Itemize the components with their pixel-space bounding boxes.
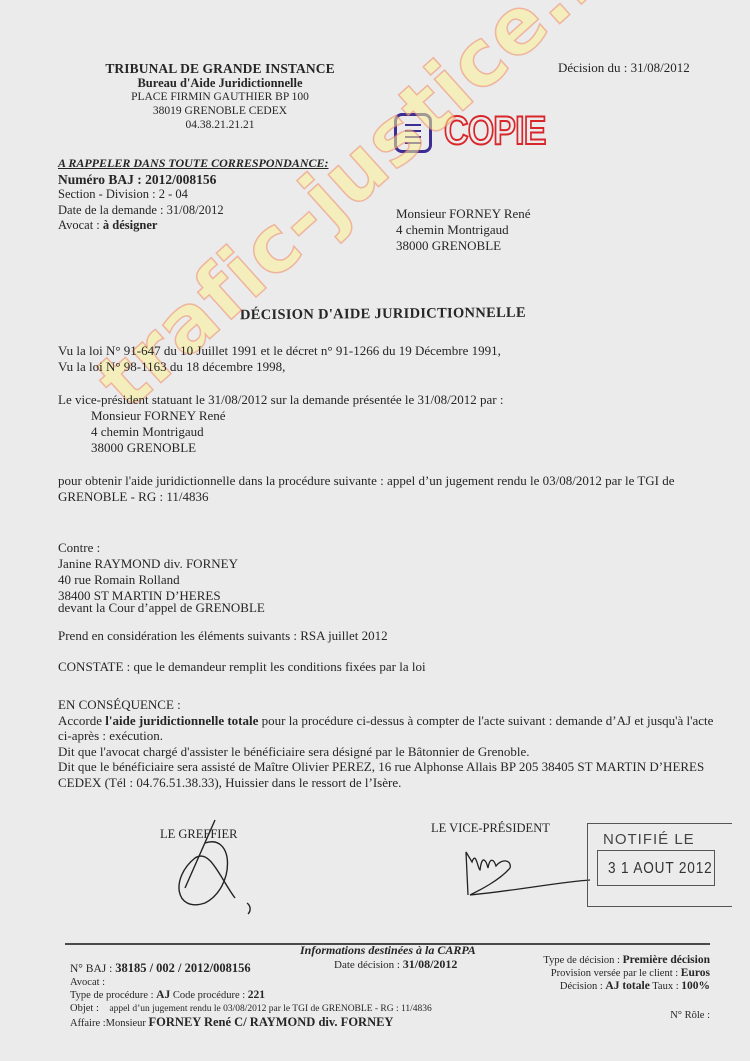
carpa-provision: Provision versée par le client : Euros [520,967,710,980]
contre-label: Contre : [58,540,238,556]
considerations: Prend en considération les éléments suiv… [58,628,388,644]
recipient-name: Monsieur FORNEY René [396,206,531,222]
court-name: TRIBUNAL DE GRANDE INSTANCE [70,62,370,76]
applicant-street: 4 chemin Montrigaud [58,424,503,440]
copie-label: COPIE [444,109,546,154]
accorde-line: Accorde l'aide juridictionnelle totale p… [58,713,723,744]
recipient-city: 38000 GRENOBLE [396,238,531,254]
numero-baj: Numéro BAJ : 2012/008156 [58,172,329,188]
vice-president-label: LE VICE-PRÉSIDENT [431,821,550,836]
applicant-city: 38000 GRENOBLE [58,440,503,456]
section-division: Section - Division : 2 - 04 [58,187,329,203]
vice-president-signature [460,840,595,900]
notification-stamp: NOTIFIÉ LE 3 1 AOUT 2012 [587,823,732,907]
court-of-appeal: devant la Cour d’appel de GRENOBLE [58,600,265,616]
bureau-name: Bureau d'Aide Juridictionnelle [70,76,370,90]
court-phone: 04.38.21.21.21 [70,118,370,132]
carpa-title: Informations destinées à la CARPA [300,943,476,958]
carpa-details: N° BAJ : 38185 / 002 / 2012/008156 Avoca… [70,962,432,1030]
consequence-block: EN CONSÉQUENCE : Accorde l'aide juridict… [58,697,723,790]
avocat-line: Avocat : à désigner [58,218,329,234]
notification-date: 3 1 AOUT 2012 [608,860,713,878]
document-stamp-icon [394,113,432,153]
opponent-block: Contre : Janine RAYMOND div. FORNEY 40 r… [58,540,238,604]
court-header: TRIBUNAL DE GRANDE INSTANCE Bureau d'Aid… [70,62,370,132]
court-address-line1: PLACE FIRMIN GAUTHIER BP 100 [70,90,370,104]
applicant-block: Le vice-président statuant le 31/08/2012… [58,392,503,456]
document-title: DÉCISION D'AIDE JURIDICTIONNELLE [0,306,750,323]
consequence-label: EN CONSÉQUENCE : [58,697,723,713]
carpa-decision-info: Type de décision : Première décision Pro… [520,954,710,993]
opponent-name: Janine RAYMOND div. FORNEY [58,556,238,572]
constate: CONSTATE : que le demandeur remplit les … [58,659,426,675]
avocat-value: à désigner [103,218,158,232]
legal-basis-1: Vu la loi N° 91-647 du 10 Juillet 1991 e… [58,343,501,359]
court-address-line2: 38019 GRENOBLE CEDEX [70,104,370,118]
carpa-decision: Décision : AJ totale Taux : 100% [520,980,710,993]
carpa-affaire: Affaire :Monsieur FORNEY René C/ RAYMOND… [70,1016,432,1030]
date-demande: Date de la demande : 31/08/2012 [58,203,329,219]
applicant-name: Monsieur FORNEY René [58,408,503,424]
greffier-signature [165,818,275,918]
recipient-street: 4 chemin Montrigaud [396,222,531,238]
statuant-line: Le vice-président statuant le 31/08/2012… [58,392,503,408]
carpa-type-decision: Type de décision : Première décision [520,954,710,967]
carpa-avocat: Avocat : [70,976,432,989]
aid-type: l'aide juridictionnelle totale [105,713,258,728]
decision-date: Décision du : 31/08/2012 [558,60,690,76]
carpa-baj: N° BAJ : 38185 / 002 / 2012/008156 [70,962,432,976]
numero-baj-value: 2012/008156 [145,172,216,187]
reference-block: A RAPPELER DANS TOUTE CORRESPONDANCE: Nu… [58,156,329,234]
legal-basis-2: Vu la loi N° 98-1163 du 18 décembre 1998… [58,359,501,375]
copie-stamp: COPIE [394,113,554,157]
legal-basis: Vu la loi N° 91-647 du 10 Juillet 1991 e… [58,343,501,375]
procedure-description: pour obtenir l'aide juridictionnelle dan… [58,473,718,505]
carpa-procedure: Type de procédure : AJ Code procédure : … [70,989,432,1002]
recipient-address: Monsieur FORNEY René 4 chemin Montrigaud… [396,206,531,254]
dit-avocat: Dit que l'avocat chargé d'assister le bé… [58,744,723,760]
dit-huissier: Dit que le bénéficiaire sera assisté de … [58,759,723,790]
notification-label: NOTIFIÉ LE [603,831,695,848]
reference-notice: A RAPPELER DANS TOUTE CORRESPONDANCE: [58,156,329,172]
carpa-role: N° Rôle : [520,1009,710,1022]
carpa-objet: Objet : appel d’un jugement rendu le 03/… [70,1002,432,1016]
opponent-street: 40 rue Romain Rolland [58,572,238,588]
